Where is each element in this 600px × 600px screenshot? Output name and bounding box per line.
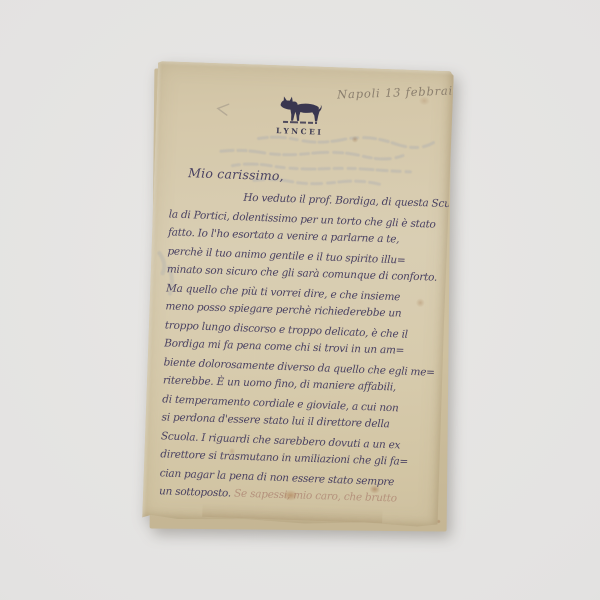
lynx-emblem-icon — [271, 93, 330, 127]
letter-body: Ho veduto il prof. Bordiga, di questa Sc… — [159, 186, 446, 510]
letter-sheet: Napoli 13 febbraio LYNCEI — [142, 61, 454, 529]
paper-stack: Napoli 13 febbraio LYNCEI — [0, 0, 600, 600]
pencil-check-mark — [213, 100, 232, 122]
letter-date: Napoli 13 febbraio — [337, 83, 461, 101]
last-line-faded-ink: Se sapessi, mio caro, che brutto — [231, 487, 397, 504]
last-line-dark: un sottoposto. — [159, 485, 231, 499]
photograph-background: Napoli 13 febbraio LYNCEI — [0, 0, 600, 600]
